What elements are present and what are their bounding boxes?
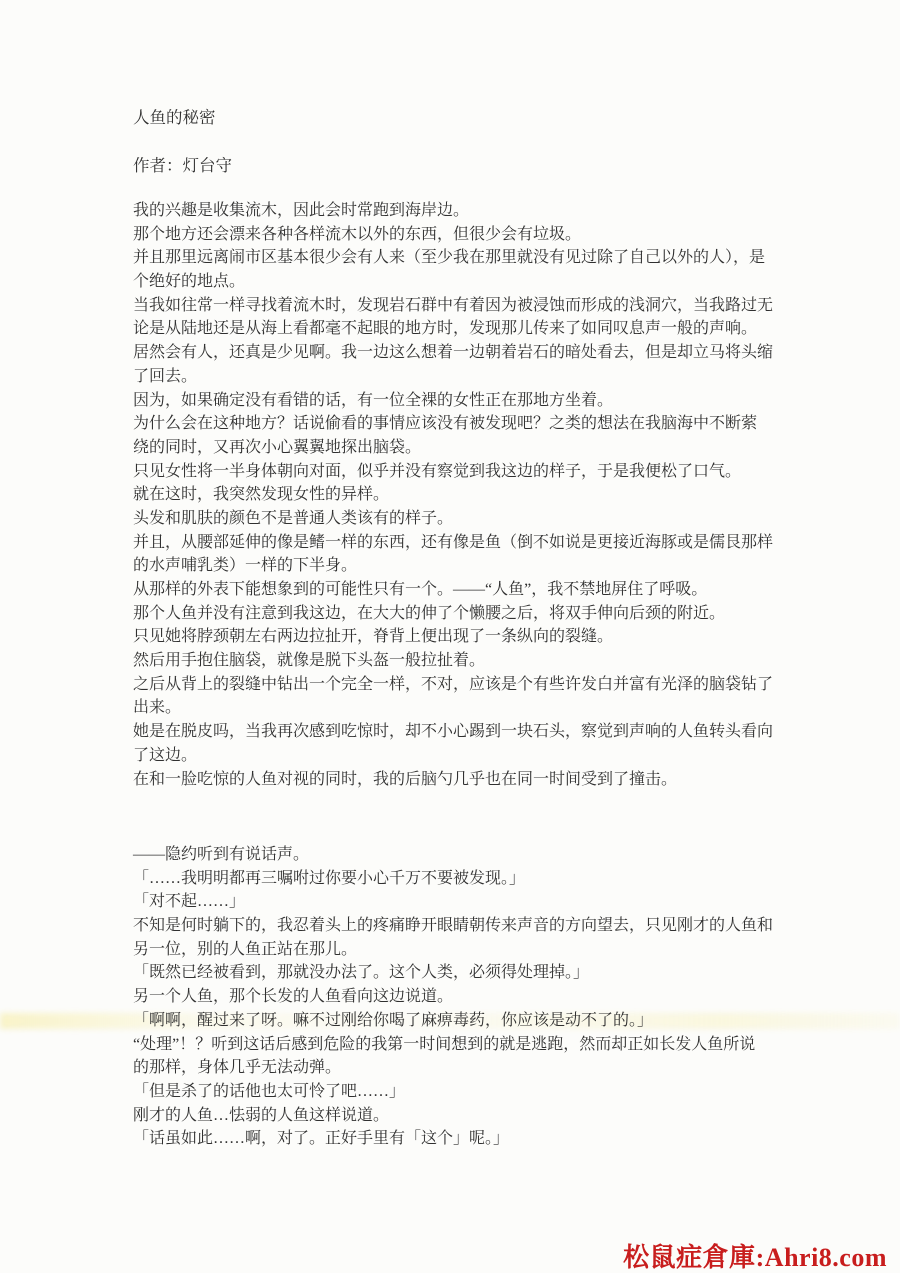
text-line: 刚才的人鱼…怯弱的人鱼这样说道。 (133, 1104, 781, 1128)
watermark: 松鼠症倉庫:Ahri8.com (623, 1237, 887, 1273)
text-line: 我的兴趣是收集流木，因此会时常跑到海岸边。 (133, 199, 781, 223)
text-line: 头发和肌肤的颜色不是普通人类该有的样子。 (133, 507, 781, 531)
text-line: 她是在脱皮吗，当我再次感到吃惊时，却不小心踢到一块石头，察觉到声响的人鱼转头看向 (133, 720, 781, 744)
text-line: 的那样，身体几乎无法动弹。 (133, 1056, 781, 1080)
text-line: 因为，如果确定没有看错的话，有一位全裸的女性正在那地方坐着。 (133, 389, 781, 413)
text-line: 「话虽如此……啊，对了。正好手里有「这个」呢。」 (133, 1127, 781, 1151)
scanned-document-page: 人鱼的秘密 作者：灯台守 我的兴趣是收集流木，因此会时常跑到海岸边。那个地方还会… (0, 0, 900, 1273)
text-line: 那个人鱼并没有注意到我这边，在大大的伸了个懒腰之后，将双手伸向后颈的附近。 (133, 602, 781, 626)
text-line: 「……我明明都再三嘱咐过你要小心千万不要被发现。」 (133, 867, 781, 891)
text-line: 在和一脸吃惊的人鱼对视的同时，我的后脑勺几乎也在同一时间受到了撞击。 (133, 768, 781, 792)
text-line: 从那样的外表下能想象到的可能性只有一个。——“人鱼”，我不禁地屏住了呼吸。 (133, 578, 781, 602)
text-line: 另一位，别的人鱼正站在那儿。 (133, 938, 781, 962)
paragraph-block-1: 我的兴趣是收集流木，因此会时常跑到海岸边。那个地方还会漂来各种各样流木以外的东西… (133, 199, 781, 791)
text-line: 并且那里远离闹市区基本很少会有人来（至少我在那里就没有见过除了自己以外的人），是 (133, 246, 781, 270)
text-line: 了这边。 (133, 744, 781, 768)
text-line: 论是从陆地还是从海上看都毫不起眼的地方时，发现那儿传来了如同叹息声一般的声响。 (133, 317, 781, 341)
text-line: 「但是杀了的话他也太可怜了吧……」 (133, 1080, 781, 1104)
text-line: ——隐约听到有说话声。 (133, 843, 781, 867)
document-author-line: 作者：灯台守 (133, 154, 232, 178)
text-line: 只见女性将一半身体朝向对面，似乎并没有察觉到我这边的样子，于是我便松了口气。 (133, 460, 781, 484)
text-line: 只见她将脖颈朝左右两边拉扯开，脊背上便出现了一条纵向的裂缝。 (133, 625, 781, 649)
text-line: 另一个人鱼，那个长发的人鱼看向这边说道。 (133, 985, 781, 1009)
text-line: 出来。 (133, 696, 781, 720)
text-line: 并且，从腰部延伸的像是鳍一样的东西，还有像是鱼（倒不如说是更接近海豚或是儒艮那样 (133, 531, 781, 555)
text-line: 了回去。 (133, 365, 781, 389)
text-line: 当我如往常一样寻找着流木时，发现岩石群中有着因为被浸蚀而形成的浅洞穴，当我路过无 (133, 294, 781, 318)
text-line: 就在这时，我突然发现女性的异样。 (133, 483, 781, 507)
text-line: 的水声哺乳类）一样的下半身。 (133, 554, 781, 578)
text-line: 「对不起……」 (133, 890, 781, 914)
paragraph-block-2: ——隐约听到有说话声。「……我明明都再三嘱咐过你要小心千万不要被发现。」「对不起… (133, 843, 781, 1151)
text-line: 那个地方还会漂来各种各样流木以外的东西，但很少会有垃圾。 (133, 223, 781, 247)
text-line: 之后从背上的裂缝中钻出一个完全一样，不对，应该是个有些许发白并富有光泽的脑袋钻了 (133, 673, 781, 697)
text-line: 「啊啊，醒过来了呀。嘛不过刚给你喝了麻痹毒药，你应该是动不了的。」 (133, 1009, 781, 1033)
text-line: 为什么会在这种地方？话说偷看的事情应该没有被发现吧？之类的想法在我脑海中不断萦 (133, 412, 781, 436)
text-line: 绕的同时，又再次小心翼翼地探出脑袋。 (133, 436, 781, 460)
document-title: 人鱼的秘密 (133, 106, 216, 130)
text-line: “处理”！？听到这话后感到危险的我第一时间想到的就是逃跑，然而却正如长发人鱼所说 (133, 1033, 781, 1057)
text-line: 居然会有人，还真是少见啊。我一边这么想着一边朝着岩石的暗处看去，但是却立马将头缩 (133, 341, 781, 365)
text-line: 不知是何时躺下的，我忍着头上的疼痛睁开眼睛朝传来声音的方向望去，只见刚才的人鱼和 (133, 914, 781, 938)
text-line: 「既然已经被看到，那就没办法了。这个人类，必须得处理掉。」 (133, 961, 781, 985)
text-line: 然后用手抱住脑袋，就像是脱下头盔一般拉扯着。 (133, 649, 781, 673)
text-line: 个绝好的地点。 (133, 270, 781, 294)
